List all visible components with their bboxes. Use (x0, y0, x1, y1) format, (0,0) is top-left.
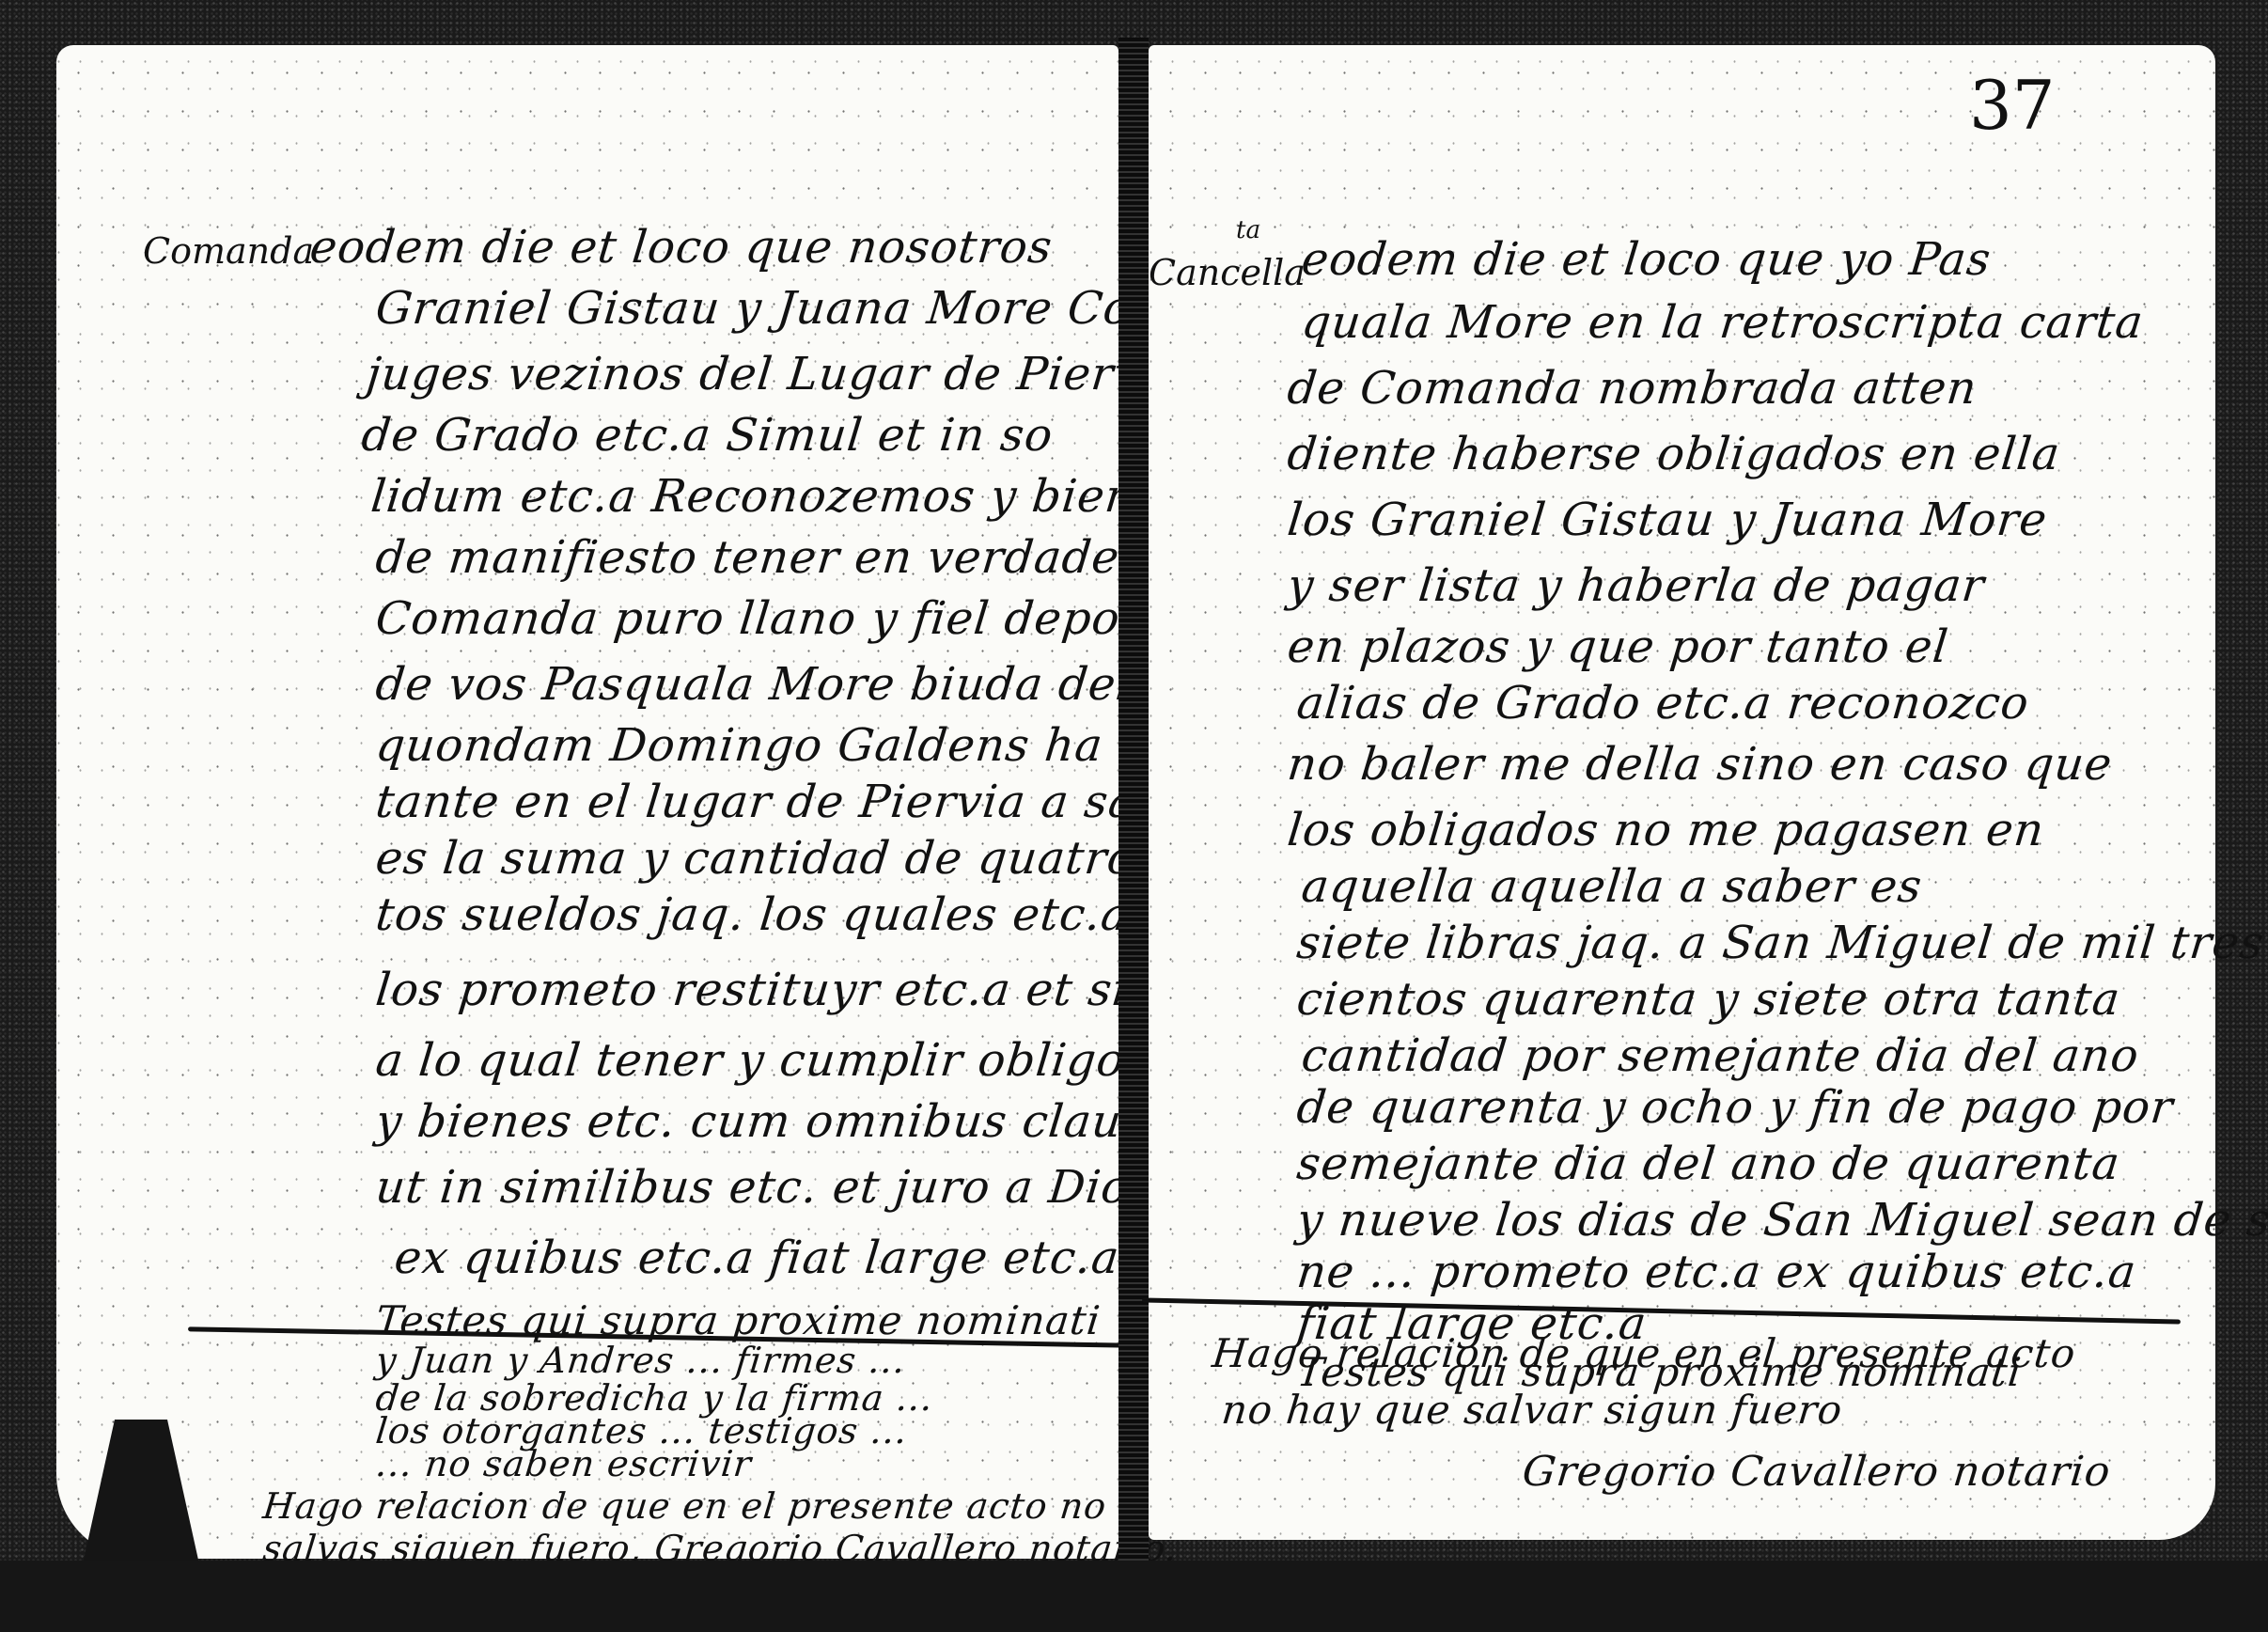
text-line: tos sueldos jaq. los quales etc.a (373, 888, 1132, 941)
right-margin-note: Cancella (1149, 252, 1306, 293)
text-line: ne ... prometo etc.a ex quibus etc.a (1294, 1246, 2139, 1298)
text-line: lidum etc.a Reconozemos y bien (368, 470, 1138, 523)
text-line: eodem die et loco que nosotros (307, 221, 1055, 274)
text-line: aquella aquella a saber es (1299, 860, 1925, 913)
footer-line: Hago relacion de que en el presente acto… (261, 1485, 1189, 1527)
text-line: cantidad por semejante dia del ano (1299, 1029, 2142, 1082)
text-line: los prometo restituyr etc.a et si por (373, 964, 1227, 1016)
left-margin-note: Comanda (143, 230, 314, 272)
text-line: es la suma y cantidad de quatrocien (373, 832, 1237, 885)
text-line: Comanda puro llano y fiel deposito (373, 592, 1210, 645)
right-margin-superscript: ta (1236, 216, 1260, 244)
text-line: ex quibus etc.a fiat large etc.a (392, 1232, 1122, 1284)
text-line: eodem die et loco que yo Pas (1299, 233, 1994, 286)
folio-number: 37 (1969, 66, 2056, 145)
text-line: quala More en la retroscripta carta (1299, 296, 2146, 349)
text-line: ... no saben escrivir (374, 1443, 754, 1484)
text-line: los Graniel Gistau y Juana More (1285, 494, 2050, 546)
text-line: Graniel Gistau y Juana More Con (373, 282, 1165, 335)
text-line: siete libras jaq. a San Miguel de mil tr… (1294, 917, 2267, 969)
text-line: de vos Pasquala More biuda del (373, 658, 1134, 711)
scan-bottom-edge (0, 1561, 2268, 1632)
text-line: de Comanda nombrada atten (1285, 362, 1979, 415)
notary-signature: Gregorio Cavallero notario (1520, 1448, 2113, 1496)
text-line: de manifiesto tener en verdadera (373, 531, 1173, 584)
text-line: de Grado etc.a Simul et in so (359, 409, 1056, 462)
text-line: en plazos y que por tanto el (1285, 620, 1951, 673)
text-line: diente haberse obligados en ella (1285, 428, 2063, 480)
text-line: y nueve los dias de San Miguel sean de s… (1294, 1194, 2268, 1247)
footer-line: Hago relacion de que en el presente acto (1210, 1330, 2078, 1376)
text-line: alias de Grado etc.a reconozco (1294, 677, 2032, 730)
text-line: cientos quarenta y siete otra tanta (1294, 973, 2123, 1026)
text-line: y ser lista y haberla de pagar (1285, 559, 1987, 612)
text-line: de quarenta y ocho y fin de pago por (1294, 1081, 2176, 1134)
text-line: y Juan y Andres ... firmes ... (374, 1340, 908, 1381)
text-line: quondam Domingo Galdens ha (373, 719, 1105, 772)
book-spine (1118, 38, 1149, 1589)
text-line: juges vezinos del Lugar de Piervia (364, 348, 1186, 400)
text-line: no baler me della sino en caso que (1285, 738, 2115, 791)
footer-line: no hay que salvar sigun fuero (1219, 1387, 1845, 1433)
text-line: semejante dia del ano de quarenta (1294, 1138, 2122, 1190)
text-line: los obligados no me pagasen en (1285, 804, 2047, 856)
text-line: tante en el lugar de Piervia a saber (373, 776, 1219, 828)
